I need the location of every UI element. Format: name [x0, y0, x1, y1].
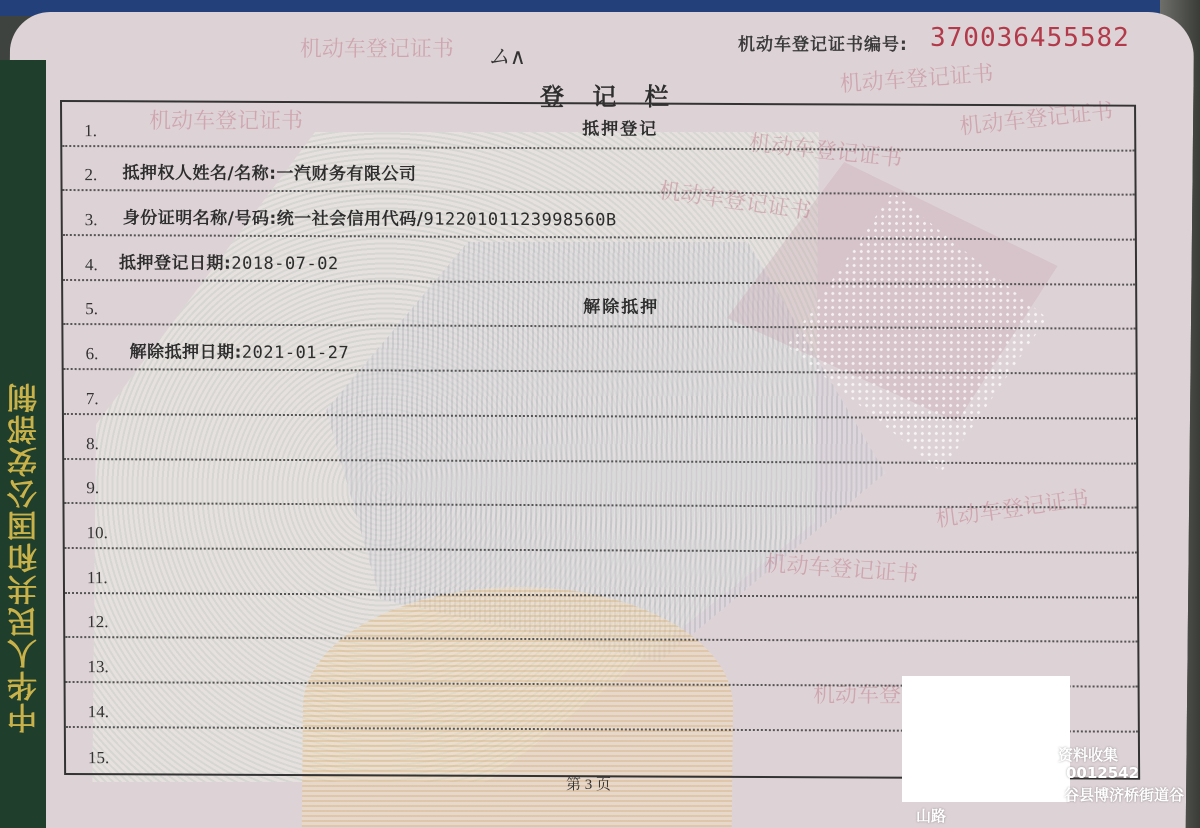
table-row: 10. [64, 504, 1136, 553]
row-field: 解除抵押日期:2021-01-27 [129, 337, 349, 363]
table-row: 1.抵押登记 [62, 102, 1134, 151]
cover-spine-text: 中华人民共和国公安部制 [4, 381, 48, 733]
page-number: 第 3 页 [566, 773, 611, 794]
row-number: 11. [87, 568, 108, 588]
redaction-box [902, 676, 1070, 802]
overlay-caption-line3: 谷县博济桥街道谷 [1064, 784, 1184, 805]
field-label: 抵押登记日期: [119, 253, 231, 273]
watermark: 机动车登记证书 [839, 57, 995, 99]
row-number: 6. [85, 344, 98, 364]
row-field: 抵押登记日期:2018-07-02 [119, 248, 339, 274]
row-field: 身份证明名称/号码:统一社会信用代码/91220101123998560B [123, 203, 617, 230]
row-number: 4. [85, 255, 98, 275]
overlay-caption-line1: 资料收集 [1058, 744, 1118, 765]
row-number: 10. [87, 523, 108, 543]
overlay-caption-line4: 山路 [916, 805, 946, 826]
row-number: 12. [87, 612, 108, 632]
field-value: 2018-07-02 [231, 254, 338, 274]
table-row: 6.解除抵押日期:2021-01-27 [63, 326, 1135, 375]
table-row: 12. [65, 594, 1137, 643]
table-row: 7. [64, 370, 1136, 419]
section-heading: 抵押登记 [582, 114, 658, 139]
certificate-number-label: 机动车登记证书编号: [738, 30, 908, 55]
field-value: 91220101123998560B [423, 210, 616, 231]
row-number: 9. [86, 478, 99, 498]
table-row: 3.身份证明名称/号码:统一社会信用代码/91220101123998560B [63, 191, 1135, 240]
row-field: 抵押权人姓名/名称:一汽财务有限公司 [122, 159, 416, 185]
table-row: 8. [64, 415, 1136, 464]
row-number: 3. [85, 210, 98, 230]
row-number: 15. [88, 749, 109, 769]
field-label: 解除抵押日期: [129, 342, 241, 362]
row-number: 14. [88, 702, 109, 722]
table-row: 5.解除抵押 [63, 281, 1135, 330]
row-number: 13. [87, 657, 108, 677]
row-number: 8. [86, 434, 99, 454]
row-number: 1. [84, 121, 97, 141]
field-label: 抵押权人姓名/名称:一汽财务有限公司 [122, 164, 416, 185]
table-row: 2.抵押权人姓名/名称:一汽财务有限公司 [62, 147, 1134, 196]
field-value: 2021-01-27 [242, 343, 349, 363]
row-number: 5. [85, 300, 98, 320]
certificate-number: 370036455582 [930, 23, 1130, 53]
row-number: 7. [86, 389, 99, 409]
section-heading: 解除抵押 [583, 293, 659, 318]
overlay-caption-line2: 0012542 [1066, 764, 1139, 782]
handwritten-mark: ム∧ [488, 40, 526, 71]
watermark: 机动车登记证书 [300, 32, 454, 63]
field-label: 身份证明名称/号码:统一社会信用代码/ [123, 208, 424, 229]
table-row: 11. [65, 549, 1137, 598]
booklet-cover: 中华人民共和国公安部制 [0, 60, 46, 828]
table-row: 4.抵押登记日期:2018-07-02 [63, 236, 1135, 285]
row-number: 2. [84, 165, 97, 185]
table-row: 9. [64, 460, 1136, 509]
